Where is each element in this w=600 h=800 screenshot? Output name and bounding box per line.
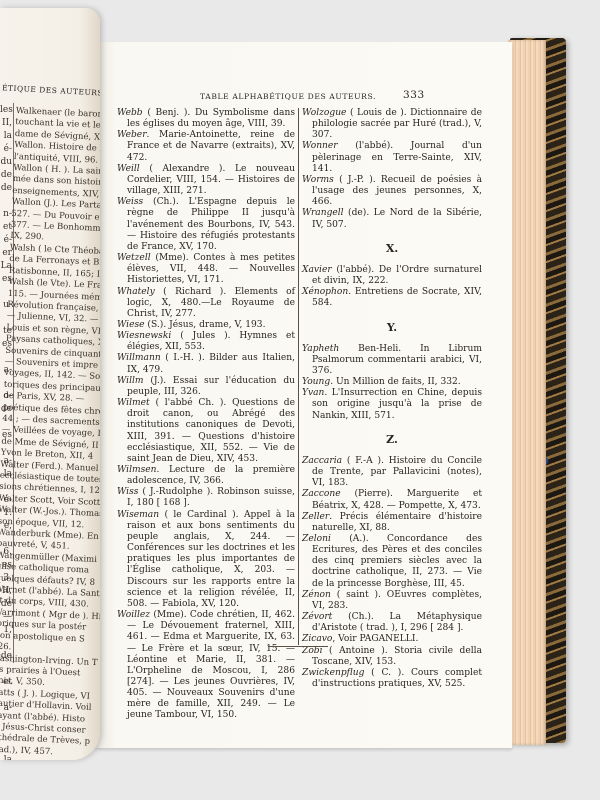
entry-text: . Précis élémentaire d'histoire naturell… xyxy=(312,512,482,533)
author-name: Wolzogue xyxy=(302,108,346,118)
y-entries: Yapheth Ben-Heli. In Librum Psalmorum co… xyxy=(302,344,482,422)
author-name: Wiese xyxy=(117,320,145,330)
margin-fragment: é- xyxy=(0,143,12,156)
margin-fragment: la xyxy=(0,130,12,143)
author-name: Wilmsen xyxy=(117,465,157,475)
author-name: Zaccone xyxy=(302,489,341,499)
entry-text: . Un Million de faits, II, 332. xyxy=(330,377,460,387)
left-index-column: Walkenaer (le baron). Mé-touchant la vie… xyxy=(0,106,100,760)
index-entry: Zeloni (A.). Concordance des Ecritures, … xyxy=(302,534,482,590)
entry-text: , Voir PAGANELLI. xyxy=(332,634,418,644)
author-name: Weiss xyxy=(117,197,143,207)
w-entries: Wolzogue ( Louis de ). Dictionnaire de p… xyxy=(302,108,482,231)
entry-text: (l'abbé). Journal d'un pèlerinage en Ter… xyxy=(312,141,482,173)
index-entry: Woillez (Mme). Code chrétien, II, 462. —… xyxy=(117,610,295,722)
index-entry: Wiesnewski ( Jules ). Hymnes et élégies,… xyxy=(117,331,295,353)
author-name: Wonner xyxy=(302,141,338,151)
index-entry: Whately ( Richard ). Elements of logic, … xyxy=(117,287,295,320)
entry-text: ( l'abbé Ch. ). Questions de droit canon… xyxy=(127,398,295,464)
margin-fragment: les xyxy=(0,104,12,117)
page-block-edge xyxy=(508,40,546,745)
author-name: Zeller xyxy=(302,512,329,522)
index-entry: Zaccone (Pierre). Marguerite et Béatrix,… xyxy=(302,489,482,511)
margin-fragment xyxy=(0,195,12,208)
author-name: Wilmet xyxy=(117,398,150,408)
index-entry: Zévort (Ch.). La Métaphysique d'Aristote… xyxy=(302,612,482,634)
entry-text: ( J.-Rudolphe ). Robinson suisse, I, 180… xyxy=(127,487,295,508)
index-entry: Wiss ( J.-Rudolphe ). Robinson suisse, I… xyxy=(117,487,295,509)
author-name: Zicavo xyxy=(302,634,332,644)
index-entry: Wonner (l'abbé). Journal d'un pèlerinage… xyxy=(302,141,482,174)
entry-text: (Mme). Contes à mes petites élèves, VII,… xyxy=(127,253,295,285)
entry-text: (A.). Concordance des Ecritures, des Pèr… xyxy=(312,534,482,589)
author-name: Woillez xyxy=(117,610,150,620)
author-name: Wiesnewski xyxy=(117,331,171,341)
entry-text: ( Benj. ). Du Symbolisme dans les église… xyxy=(127,108,295,129)
entry-text: . L'Insurrection en Chine, depuis son or… xyxy=(312,388,482,420)
index-entry: Webb ( Benj. ). Du Symbolisme dans les é… xyxy=(117,108,295,130)
end-rule xyxy=(268,646,328,647)
margin-fragment: de xyxy=(0,182,12,195)
author-name: Weill xyxy=(117,164,140,174)
section-heading-y: Y. xyxy=(302,322,482,333)
index-entry: Wolzogue ( Louis de ). Dictionnaire de p… xyxy=(302,108,482,141)
index-entry: Young. Un Million de faits, II, 332. xyxy=(302,377,482,388)
author-name: Zobi xyxy=(302,646,323,656)
entry-text: ( saint ). OEuvres complètes, VI, 283. xyxy=(312,590,482,611)
x-entries: Xavier (l'abbé). De l'Ordre surnaturel e… xyxy=(302,265,482,310)
author-name: Zeloni xyxy=(302,534,331,544)
author-name: Wetzell xyxy=(117,253,151,263)
index-entry: Zénon ( saint ). OEuvres complètes, VI, … xyxy=(302,590,482,612)
entry-text: . Marie-Antoinette, reine de France et d… xyxy=(127,130,295,162)
author-name: Yvan xyxy=(302,388,324,398)
entry-text: ( Alexandre ). Le nouveau Cordelier, VII… xyxy=(127,164,295,196)
index-entry: Zobi ( Antoine ). Storia civile della To… xyxy=(302,646,482,668)
left-running-title: ÉTIQUE DES AUTEURS. xyxy=(2,83,100,97)
index-entry: Yvan. L'Insurrection en Chine, depuis so… xyxy=(302,388,482,421)
index-entry: Wiese (S.). Jésus, drame, V, 193. xyxy=(117,320,295,331)
author-name: Webb xyxy=(117,108,143,118)
page-number: 333 xyxy=(403,89,425,101)
index-entry: Weber. Marie-Antoinette, reine de France… xyxy=(117,130,295,163)
index-entry: Zwickenpflug ( C. ). Cours complet d'ins… xyxy=(302,668,482,690)
author-name: Willm xyxy=(117,376,144,386)
entry-text: (l'abbé). De l'Ordre surnaturel et divin… xyxy=(312,265,482,286)
entry-text: ( J.-P. ). Recueil de poésies à l'usage … xyxy=(312,175,482,207)
margin-fragment: II, xyxy=(0,117,12,130)
entry-text: (J.). Essai sur l'éducation du peuple, I… xyxy=(127,376,295,397)
entry-text: (Ch.). L'Espagne depuis le règne de Phil… xyxy=(127,197,295,252)
index-entry: Zeller. Précis élémentaire d'histoire na… xyxy=(302,512,482,534)
author-name: Wiseman xyxy=(117,510,159,520)
index-entry: Wilmsen. Lecture de la première adolesce… xyxy=(117,465,295,487)
index-column-2: Wolzogue ( Louis de ). Dictionnaire de p… xyxy=(302,108,482,690)
author-name: Willmann xyxy=(117,353,161,363)
entry-text: ( le Cardinal ). Appel à la raison et au… xyxy=(127,510,295,609)
index-entry: Zicavo, Voir PAGANELLI. xyxy=(302,634,482,645)
author-name: Wrangell xyxy=(302,208,344,218)
index-entry: Xavier (l'abbé). De l'Ordre surnaturel e… xyxy=(302,265,482,287)
section-heading-x: X. xyxy=(302,243,482,254)
margin-fragment: de xyxy=(0,169,12,182)
entry-text: (Ch.). La Métaphysique d'Aristote ( trad… xyxy=(312,612,482,633)
z-entries: Zaccaria ( F.-A ). Histoire du Concile d… xyxy=(302,456,482,690)
index-entry: Wilmet ( l'abbé Ch. ). Questions de droi… xyxy=(117,398,295,465)
author-name: Zévort xyxy=(302,612,332,622)
column-divider xyxy=(298,108,299,645)
running-title: TABLE ALPHABÉTIQUE DES AUTEURS. xyxy=(200,92,376,101)
left-page: ÉTIQUE DES AUTEURS. lesII,laé-dudede n-e… xyxy=(0,8,100,760)
index-entry: Wiseman ( le Cardinal ). Appel à la rais… xyxy=(117,510,295,610)
index-entry: Weill ( Alexandre ). Le nouveau Cordelie… xyxy=(117,164,295,197)
author-name: Zénon xyxy=(302,590,331,600)
author-name: Zwickenpflug xyxy=(302,668,364,678)
index-entry: Xénophon. Entretiens de Socrate, XIV, 58… xyxy=(302,287,482,309)
author-name: Zaccaria xyxy=(302,456,342,466)
section-heading-z: Z. xyxy=(302,434,482,445)
index-entry: Yapheth Ben-Heli. In Librum Psalmorum co… xyxy=(302,344,482,377)
author-name: Young xyxy=(302,377,330,387)
author-name: Wiss xyxy=(117,487,138,497)
right-page: TABLE ALPHABÉTIQUE DES AUTEURS. 333 Webb… xyxy=(96,42,512,748)
margin-fragment: du xyxy=(0,156,12,169)
index-entry: Willmann ( I.-H. ). Bilder aus Italien, … xyxy=(117,353,295,375)
author-name: Worms xyxy=(302,175,334,185)
entry-text: (S.). Jésus, drame, V, 193. xyxy=(145,320,266,330)
author-name: Yapheth xyxy=(302,344,339,354)
index-entry: Zaccaria ( F.-A ). Histoire du Concile d… xyxy=(302,456,482,489)
index-entry: Worms ( J.-P. ). Recueil de poésies à l'… xyxy=(302,175,482,208)
index-entry: Wrangell (de). Le Nord de la Sibérie, IV… xyxy=(302,208,482,230)
author-name: Xavier xyxy=(302,265,332,275)
entry-text: (Mme). Code chrétien, II, 462. — Le Dévo… xyxy=(127,610,295,720)
index-entry: Weiss (Ch.). L'Espagne depuis le règne d… xyxy=(117,197,295,253)
author-name: Whately xyxy=(117,287,155,297)
entry-text: ( Antoine ). Storia civile della Toscane… xyxy=(312,646,482,667)
index-entry: Wetzell (Mme). Contes à mes petites élèv… xyxy=(117,253,295,286)
author-name: Weber xyxy=(117,130,147,140)
index-column-1: Webb ( Benj. ). Du Symbolisme dans les é… xyxy=(117,108,295,722)
index-entry: Willm (J.). Essai sur l'éducation du peu… xyxy=(117,376,295,398)
author-name: Xénophon xyxy=(302,287,348,297)
